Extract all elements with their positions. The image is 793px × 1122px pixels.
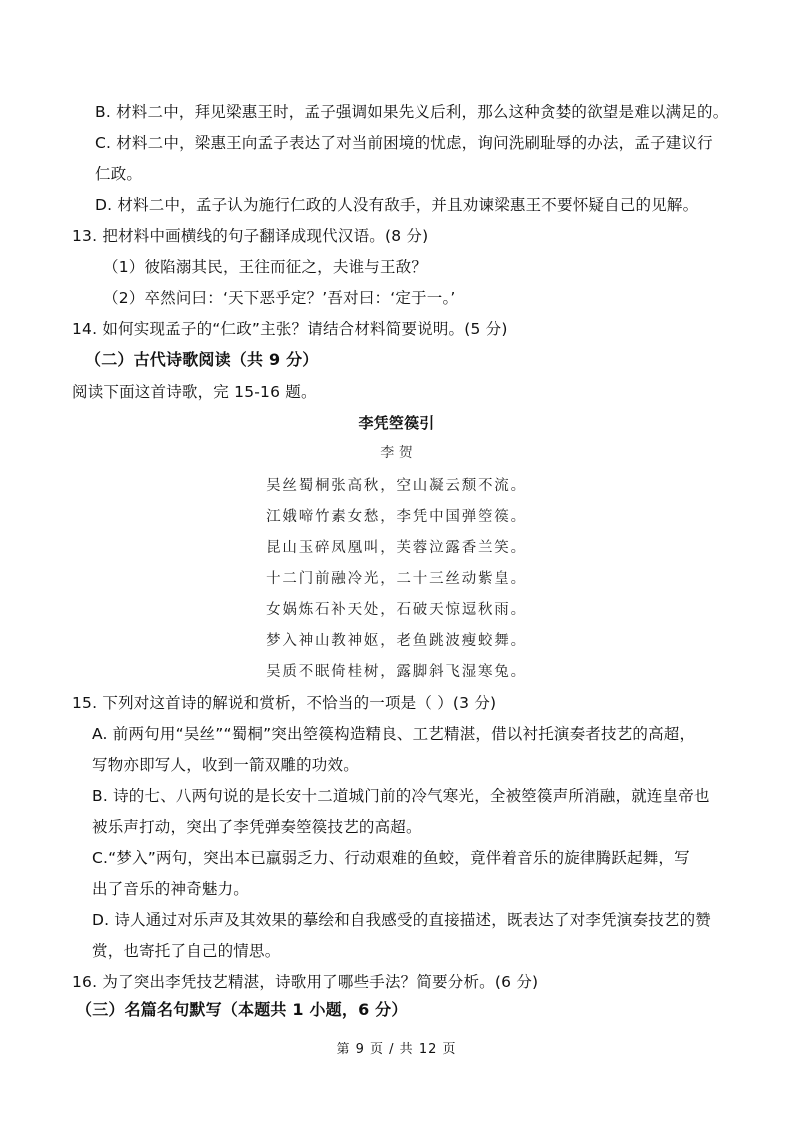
q15-stem: 15. 下列对这首诗的解说和赏析，不恰当的一项是（ ）(3 分) xyxy=(72,693,496,713)
q12-option-b: B. 材料二中，拜见梁惠王时，孟子强调如果先义后利，那么这种贪婪的欲望是难以满足… xyxy=(95,102,728,122)
q15-option-b-continued: 被乐声打动，突出了李凭弹奏箜篌技艺的高超。 xyxy=(92,817,422,837)
poem-line: 女娲炼石补天处，石破天惊逗秋雨。 xyxy=(0,600,793,620)
q16-stem: 16. 为了突出李凭技艺精湛，诗歌用了哪些手法？简要分析。(6 分) xyxy=(72,972,538,992)
q12-option-c: C. 材料二中，梁惠王向孟子表达了对当前困境的忧虑，询问洗刷耻辱的办法，孟子建议… xyxy=(95,133,713,153)
q15-option-a-continued: 写物亦即写人，收到一箭双雕的功效。 xyxy=(92,755,359,775)
q15-option-a: A. 前两句用“吴丝”“蜀桐”突出箜篌构造精良、工艺精湛，借以衬托演奏者技艺的高… xyxy=(92,724,695,744)
section-2-intro: 阅读下面这首诗歌，完 15-16 题。 xyxy=(72,382,317,402)
section-3-heading: （三）名篇名句默写（本题共 1 小题，6 分） xyxy=(76,1000,408,1020)
q15-option-d: D. 诗人通过对乐声及其效果的摹绘和自我感受的直接描述，既表达了对李凭演奏技艺的… xyxy=(92,910,711,930)
q15-option-c: C.“梦入”两句，突出本已羸弱乏力、行动艰难的鱼蛟，竟伴着音乐的旋律腾跃起舞，写 xyxy=(92,848,690,868)
q12-option-c-continued: 仁政。 xyxy=(95,164,142,184)
poem-line: 梦入神山教神妪，老鱼跳波瘦蛟舞。 xyxy=(0,631,793,651)
q12-option-d: D. 材料二中，孟子认为施行仁政的人没有敌手，并且劝谏梁惠王不要怀疑自己的见解。 xyxy=(95,195,698,215)
q15-option-c-continued: 出了音乐的神奇魅力。 xyxy=(92,879,249,899)
poem-author: 李 贺 xyxy=(0,443,793,463)
poem-line: 江娥啼竹素女愁，李凭中国弹箜篌。 xyxy=(0,507,793,527)
poem-line: 昆山玉碎凤凰叫，芙蓉泣露香兰笑。 xyxy=(0,538,793,558)
poem-title: 李凭箜篌引 xyxy=(0,413,793,433)
poem-line: 吴丝蜀桐张高秋，空山凝云颓不流。 xyxy=(0,476,793,496)
page-number: 第 9 页 / 共 12 页 xyxy=(0,1040,793,1060)
poem-line: 吴质不眠倚桂树，露脚斜飞湿寒兔。 xyxy=(0,662,793,682)
q13-stem: 13. 把材料中画横线的句子翻译成现代汉语。(8 分) xyxy=(72,226,428,246)
q13-item-2: （2）卒然问曰：‘天下恶乎定？’吾对曰：‘定于一。’ xyxy=(103,288,456,308)
q13-item-1: （1）彼陷溺其民，王往而征之，夫谁与王敌？ xyxy=(103,257,427,277)
q15-option-d-continued: 赏，也寄托了自己的情思。 xyxy=(92,941,280,961)
q15-option-b: B. 诗的七、八两句说的是长安十二道城门前的冷气寒光，全被箜篌声所消融，就连皇帝… xyxy=(92,786,710,806)
section-2-heading: （二）古代诗歌阅读（共 9 分） xyxy=(85,350,318,370)
poem-line: 十二门前融冷光，二十三丝动紫皇。 xyxy=(0,569,793,589)
q14-stem: 14. 如何实现孟子的“仁政”主张？请结合材料简要说明。(5 分) xyxy=(72,319,508,339)
